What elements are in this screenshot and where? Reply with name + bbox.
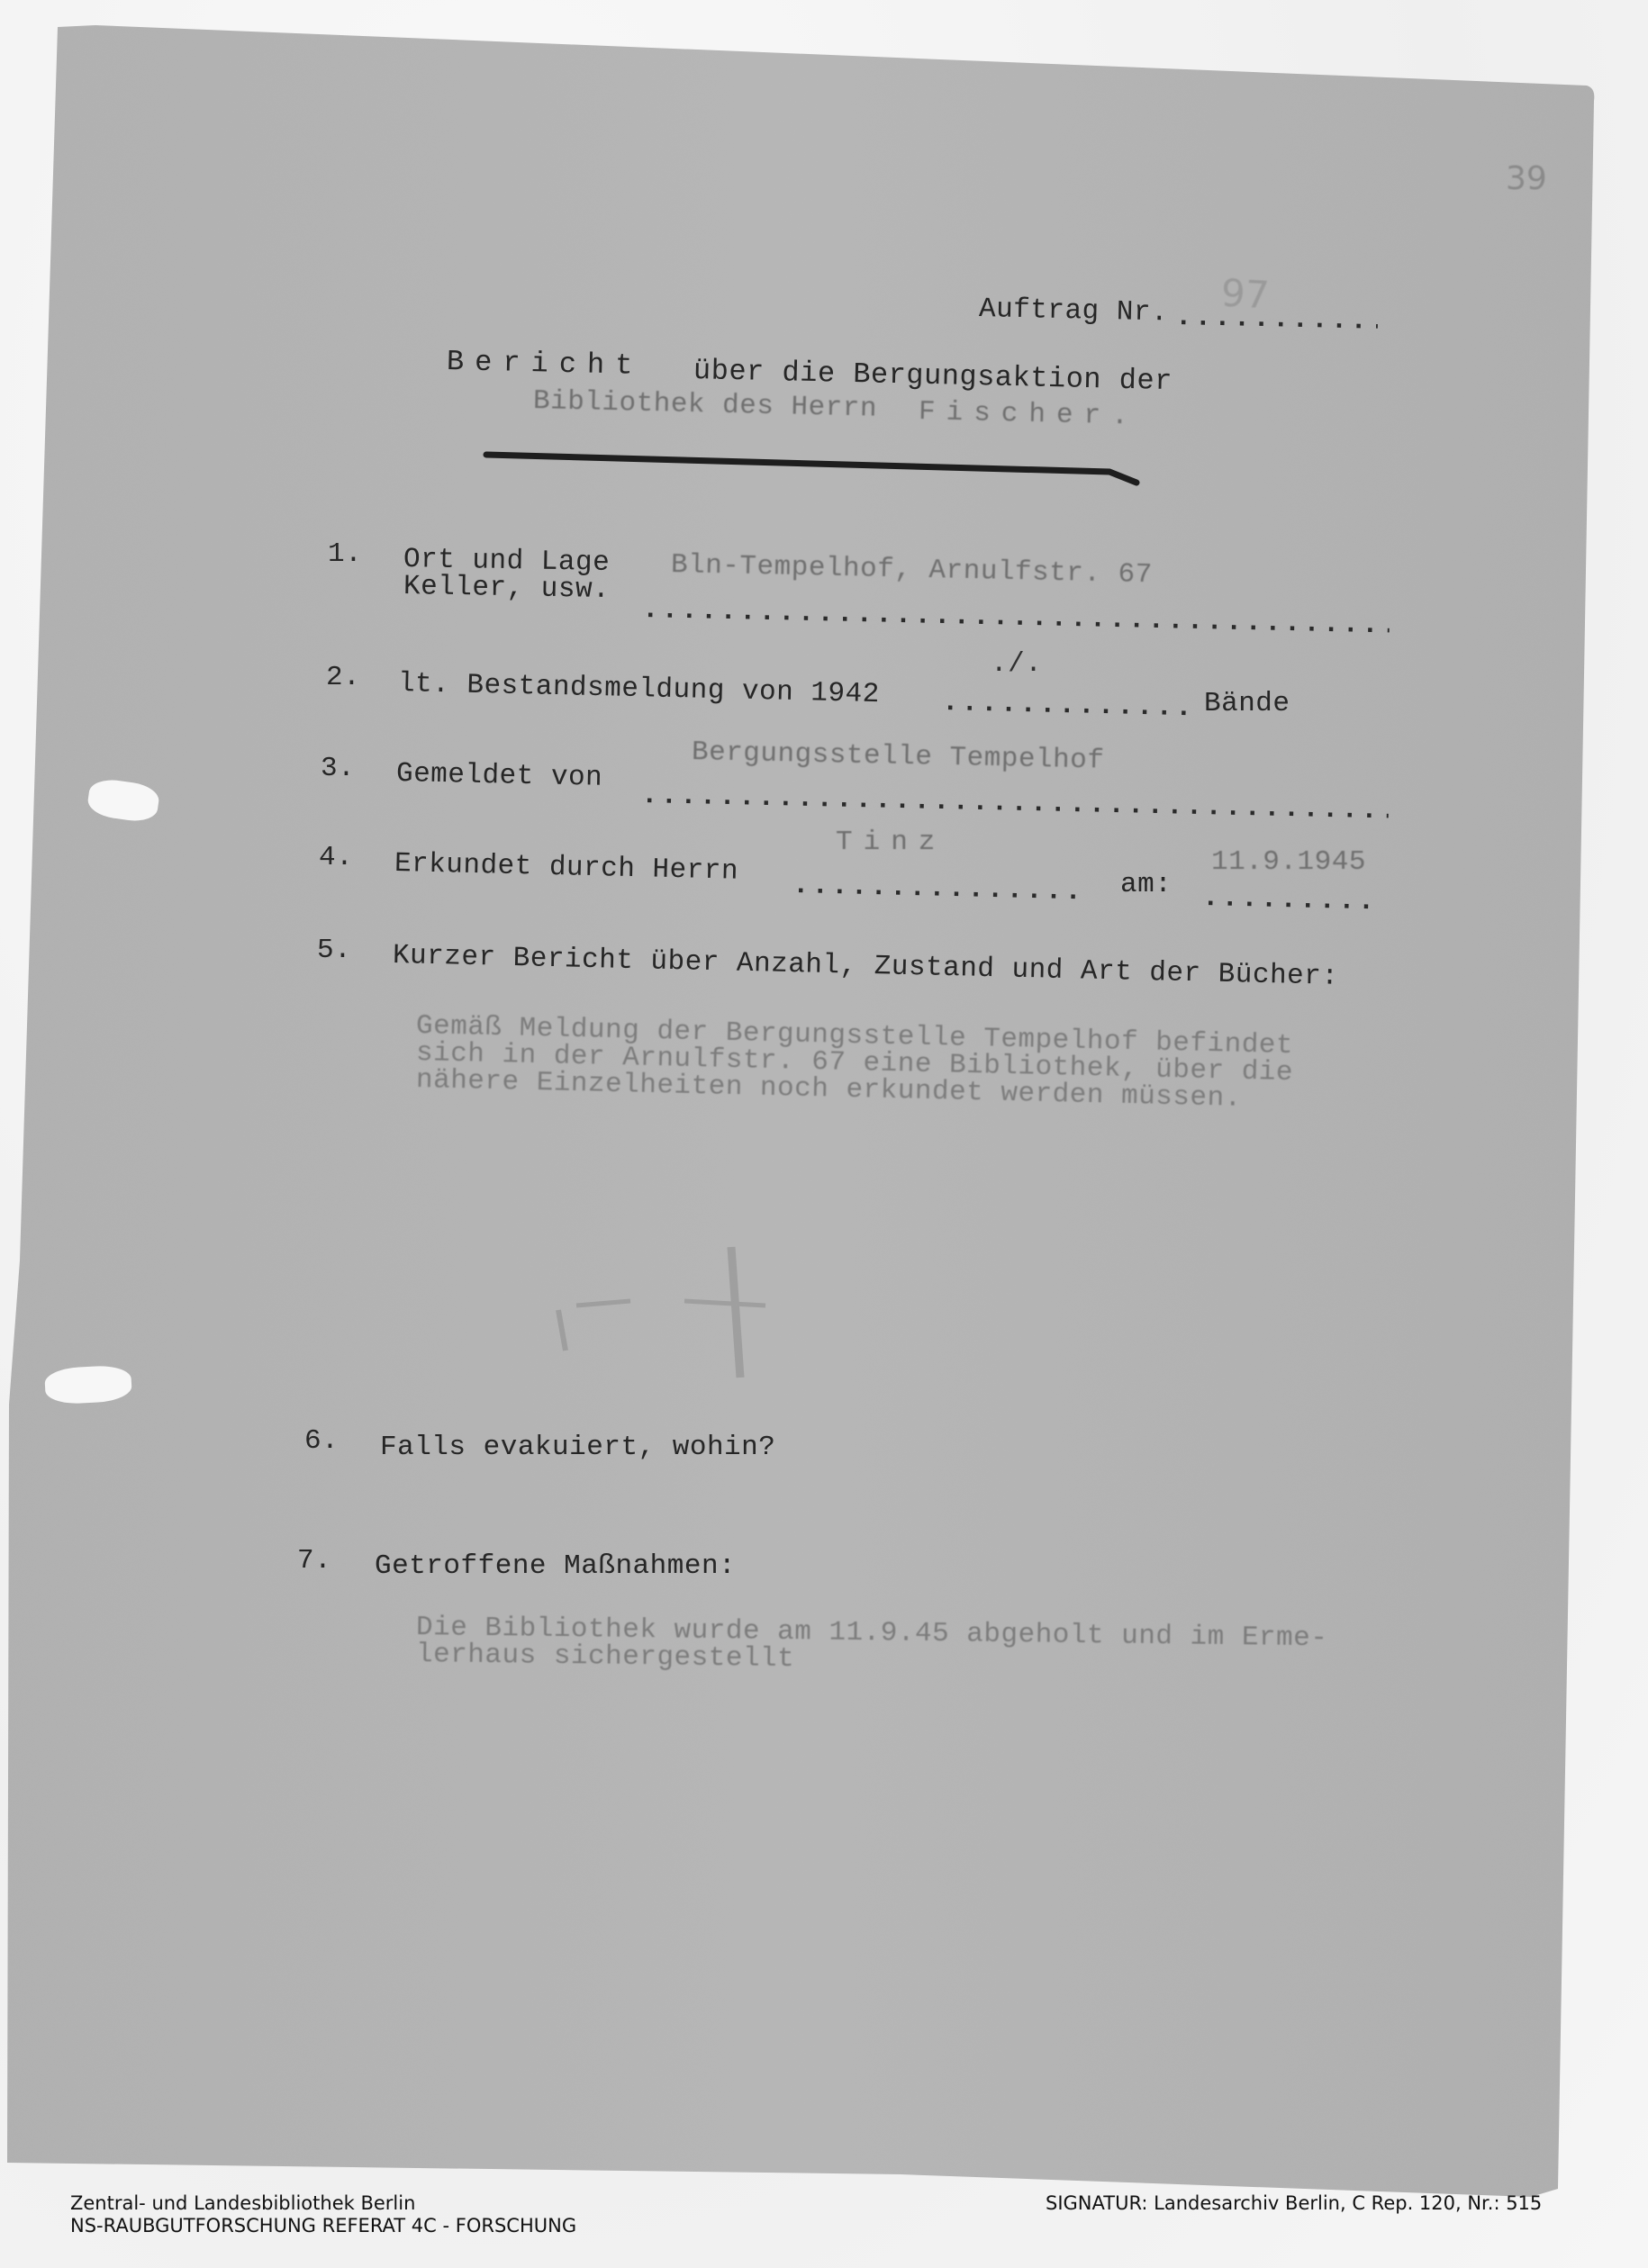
item-5-number: 5. (317, 935, 351, 966)
document-sheet: 39 Auftrag Nr. .............. 97 Bericht… (0, 0, 1648, 2268)
order-number-value: 97 (1220, 271, 1271, 318)
item-2-suffix: Bände (1204, 688, 1290, 719)
item-2-value: ./. (991, 648, 1042, 680)
item-4-date-field: ................. (1202, 882, 1383, 918)
item-3-label: Gemeldet von (396, 758, 603, 794)
item-4-field: ........................... (792, 870, 1086, 908)
title-word: Bericht (447, 345, 644, 383)
footer-signature: SIGNATUR: Landesarchiv Berlin, C Rep. 12… (1046, 2192, 1542, 2215)
item-3-number: 3. (321, 753, 355, 784)
item-1-label-line2: Keller, usw. (403, 571, 611, 606)
item-6-label: Falls evakuiert, wohin? (380, 1432, 775, 1463)
item-4-number: 4. (319, 842, 353, 873)
item-2-field: ....................... (942, 687, 1191, 724)
item-4-date-value: 11.9.1945 (1211, 846, 1366, 878)
item-1-number: 1. (328, 538, 362, 570)
item-4-date-label: am: (1120, 869, 1172, 900)
order-label: Auftrag Nr. (979, 294, 1169, 329)
footer-department: NS-RAUBGUTFORSCHUNG REFERAT 4C - FORSCHU… (70, 2215, 576, 2237)
paper-shape (0, 0, 1648, 2268)
item-4-value: Tinz (836, 827, 946, 858)
subtitle-name: Fischer. (919, 396, 1140, 433)
item-2-number: 2. (326, 662, 360, 693)
footer-institution: Zentral- und Landesbibliothek Berlin (70, 2192, 576, 2215)
item-7-label: Getroffene Maßnahmen: (375, 1550, 736, 1582)
footer-left: Zentral- und Landesbibliothek Berlin NS-… (70, 2192, 576, 2237)
page-number: 39 (1506, 160, 1547, 197)
item-7-value-line2: lerhaus sichergestellt (416, 1639, 795, 1675)
order-number-field: .............. (1175, 302, 1379, 338)
item-7-number: 7. (297, 1545, 331, 1577)
item-6-number: 6. (304, 1425, 339, 1457)
